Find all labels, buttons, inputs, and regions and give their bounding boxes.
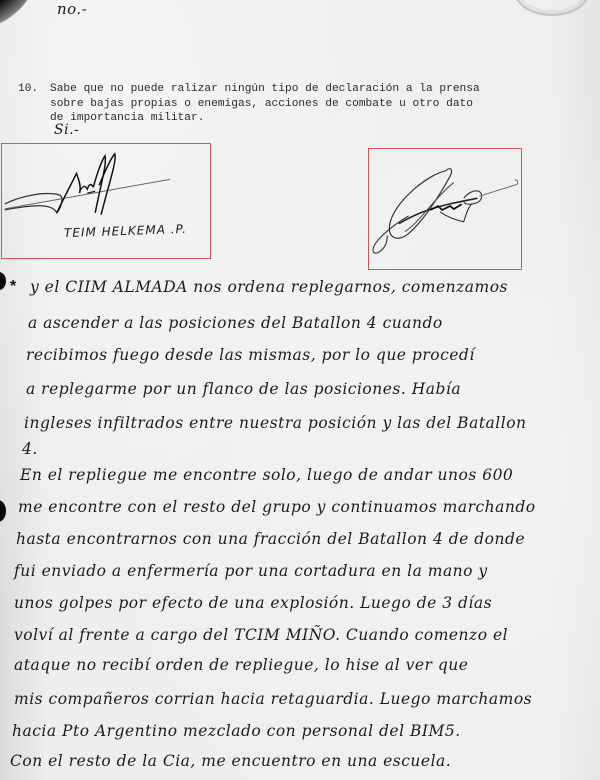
typed-line: sobre bajas propias o enemigas, acciones…: [50, 97, 473, 111]
handwritten-line: unos golpes por efecto de una explosión.…: [14, 594, 492, 612]
document-page: no.- 10. Sabe que no puede ralizar ningú…: [0, 0, 600, 780]
signature-scribble-icon: [369, 149, 521, 269]
typed-line: Sabe que no puede ralizar ningún tipo de…: [50, 82, 480, 96]
handwritten-line: hacia Pto Argentino mezclado con persona…: [12, 722, 461, 740]
item-number: 10.: [18, 82, 38, 96]
handwritten-line: y el CIIM ALMADA nos ordena replegarnos,…: [30, 278, 508, 296]
handwritten-line: ingleses infiltrados entre nuestra posic…: [24, 414, 527, 432]
handwritten-line: recibimos fuego desde las mismas, por lo…: [26, 346, 475, 364]
answer-text: Si.-: [54, 122, 79, 138]
handwritten-line: mis compañeros corrian hacia retaguardia…: [14, 690, 532, 708]
punch-hole: [0, 500, 6, 522]
handwritten-line: 4.: [22, 440, 38, 458]
handwritten-line: ataque no recibí orden de repliegue, lo …: [14, 656, 468, 674]
signature-box-left: TEIM HELKEMA .P.: [1, 143, 211, 259]
handwritten-line: me encontre con el resto del grupo y con…: [18, 498, 536, 516]
handwritten-line: Con el resto de la Cia, me encuentro en …: [10, 752, 451, 770]
signature-scribble-icon: [2, 144, 210, 258]
handwritten-line: fui enviado a enfermería por una cortadu…: [14, 562, 488, 580]
handwritten-line: volví al frente a cargo del TCIM MIÑO. C…: [14, 626, 508, 644]
handwritten-line: En el repliegue me encontre solo, luego …: [20, 466, 513, 484]
handwritten-line: a ascender a las posiciones del Batallon…: [28, 314, 443, 332]
punch-hole: [0, 272, 6, 290]
stamp-seal-fragment: [515, 0, 589, 16]
handwritten-line: a replegarme por un flanco de las posici…: [26, 380, 461, 398]
signature-box-right: [368, 148, 522, 270]
handwritten-line: hasta encontrarnos con una fracción del …: [16, 530, 525, 548]
scan-corner-shadow: [0, 0, 40, 30]
page-number: no.-: [57, 0, 87, 18]
asterisk-marker: *: [10, 278, 16, 296]
